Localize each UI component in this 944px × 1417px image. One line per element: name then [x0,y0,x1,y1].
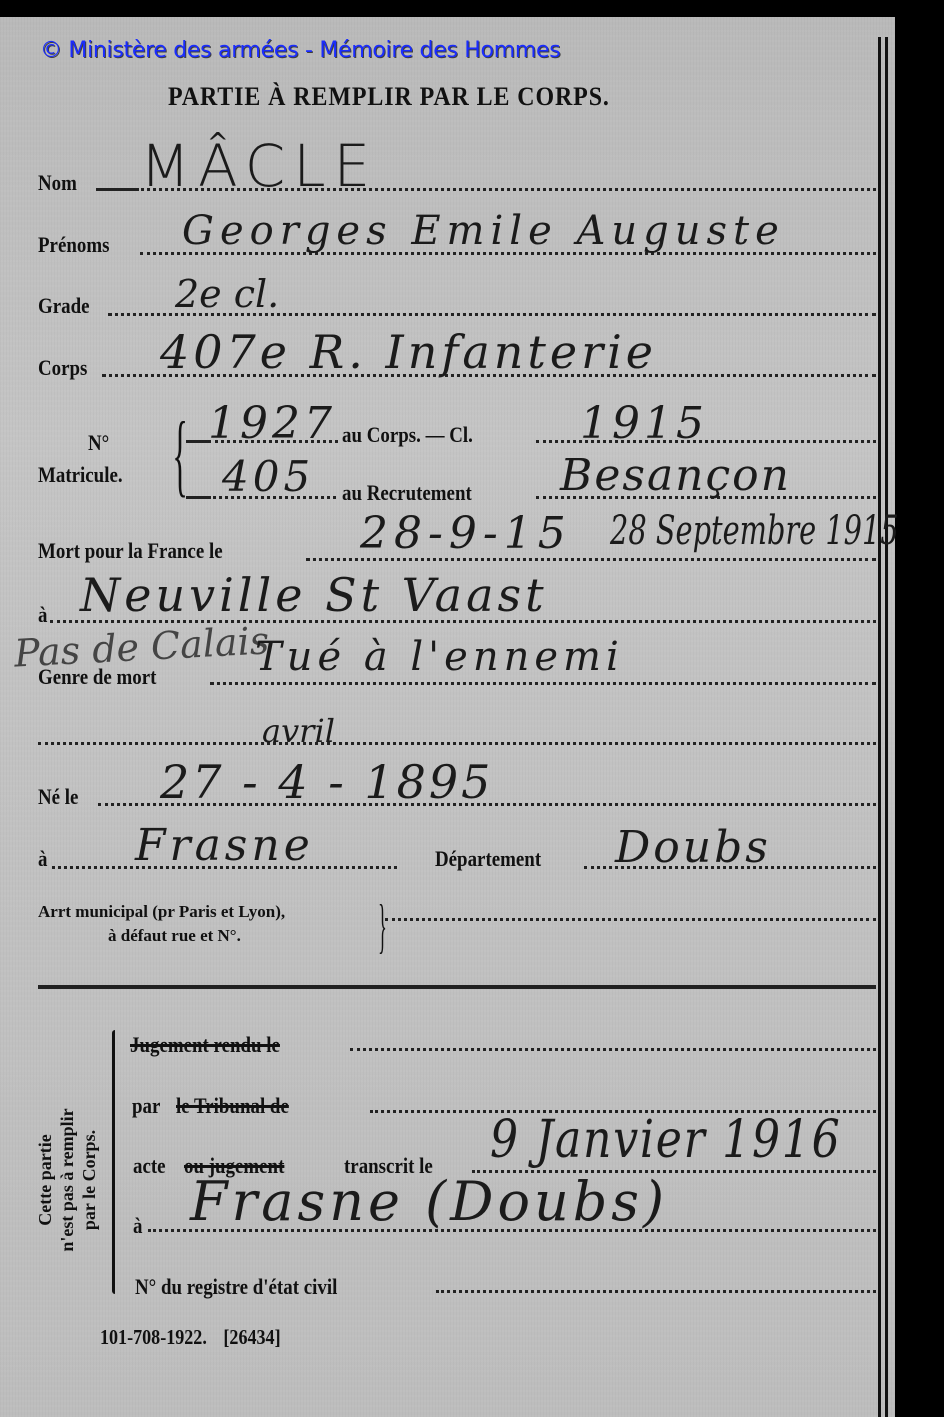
recrutement-value: Besançon [560,450,791,501]
departement-label: Département [435,846,541,872]
footer-print-ref: 101-708-1922. [26434] [100,1325,281,1350]
corps-label: Corps [38,355,87,381]
mort-lieu-label: à [38,602,47,628]
right-border-rule-outer [885,37,888,1417]
transcrit-lieu-value: Frasne (Doubs) [190,1170,668,1233]
nom-label: Nom [38,170,77,196]
arrondissement-line [385,918,876,921]
blank-line [38,742,876,745]
registre-line [436,1290,876,1293]
mort-lieu-value: Neuville St Vaast [80,568,548,622]
naissance-month-note: avril [262,712,335,750]
recrutement-number-line-start [186,496,208,499]
prenoms-label: Prénoms [38,232,109,258]
au-corps-label: au Corps. — Cl. [342,422,473,448]
matricule-label-no: N° [88,430,109,456]
genre-mort-label: Genre de mort [38,664,156,690]
lower-section-bracket [112,1030,115,1294]
transcrit-lieu-label: à [133,1213,142,1239]
recrutement-label: au Recrutement [342,480,472,506]
nom-line [96,188,136,191]
jugement-label: Jugement rendu le [130,1032,280,1058]
copyright-watermark: © Ministère des armées - Mémoire des Hom… [40,38,560,63]
mort-date-value: 28-9-15 [360,508,572,559]
mort-label: Mort pour la France le [38,538,223,564]
transcrit-value: 9 Janvier 1916 [490,1110,841,1170]
form-title: PARTIE À REMPLIR PAR LE CORPS. [168,82,610,112]
arrondissement-label-line2: à défaut rue et N°. [108,926,241,946]
prenoms-value: Georges Emile Auguste [182,208,785,254]
side-note-line-1: Cette partie [34,1060,56,1300]
naissance-lieu-label: à [38,846,47,872]
arrondissement-label-line1: Arrt municipal (pr Paris et Lyon), [38,902,285,922]
corps-value: 407e R. Infanterie [160,325,657,379]
naissance-value: 27 - 4 - 1895 [160,755,493,809]
side-note-line-2: n'est pas à remplir [56,1060,78,1300]
print-reference: 101-708-1922. [100,1325,207,1349]
classe-value: 1915 [580,398,708,449]
recrutement-number-value: 405 [222,452,314,501]
mort-date-words: 28 Septembre 1915 [610,508,899,554]
genre-mort-value: Tué à l'ennemi [255,634,624,680]
arrondissement-brace: } [378,896,387,956]
print-code: [26434] [223,1325,280,1349]
grade-label: Grade [38,293,90,319]
lower-section-side-note: Cette partie n'est pas à remplir par le … [34,1060,100,1300]
naissance-lieu-value: Frasne [135,820,314,871]
tribunal-label-struck: le Tribunal de [176,1093,289,1119]
au-corps-line-start [186,440,208,443]
tribunal-label-prefix: par [132,1093,160,1119]
section-divider [38,985,876,989]
jugement-line [350,1048,876,1051]
grade-value: 2e cl. [175,272,279,316]
matricule-brace: { [172,408,187,500]
right-border-rule-inner [878,37,881,1417]
matricule-label: Matricule. [38,462,123,488]
departement-value: Doubs [615,822,771,873]
genre-mort-line [210,682,876,685]
nom-value: MÂCLE [140,132,378,200]
side-note-line-3: par le Corps. [78,1060,100,1300]
au-corps-value: 1927 [208,398,336,449]
naissance-label: Né le [38,784,78,810]
registre-label: N° du registre d'état civil [135,1274,337,1300]
transcrit-label-prefix: acte [133,1153,166,1179]
